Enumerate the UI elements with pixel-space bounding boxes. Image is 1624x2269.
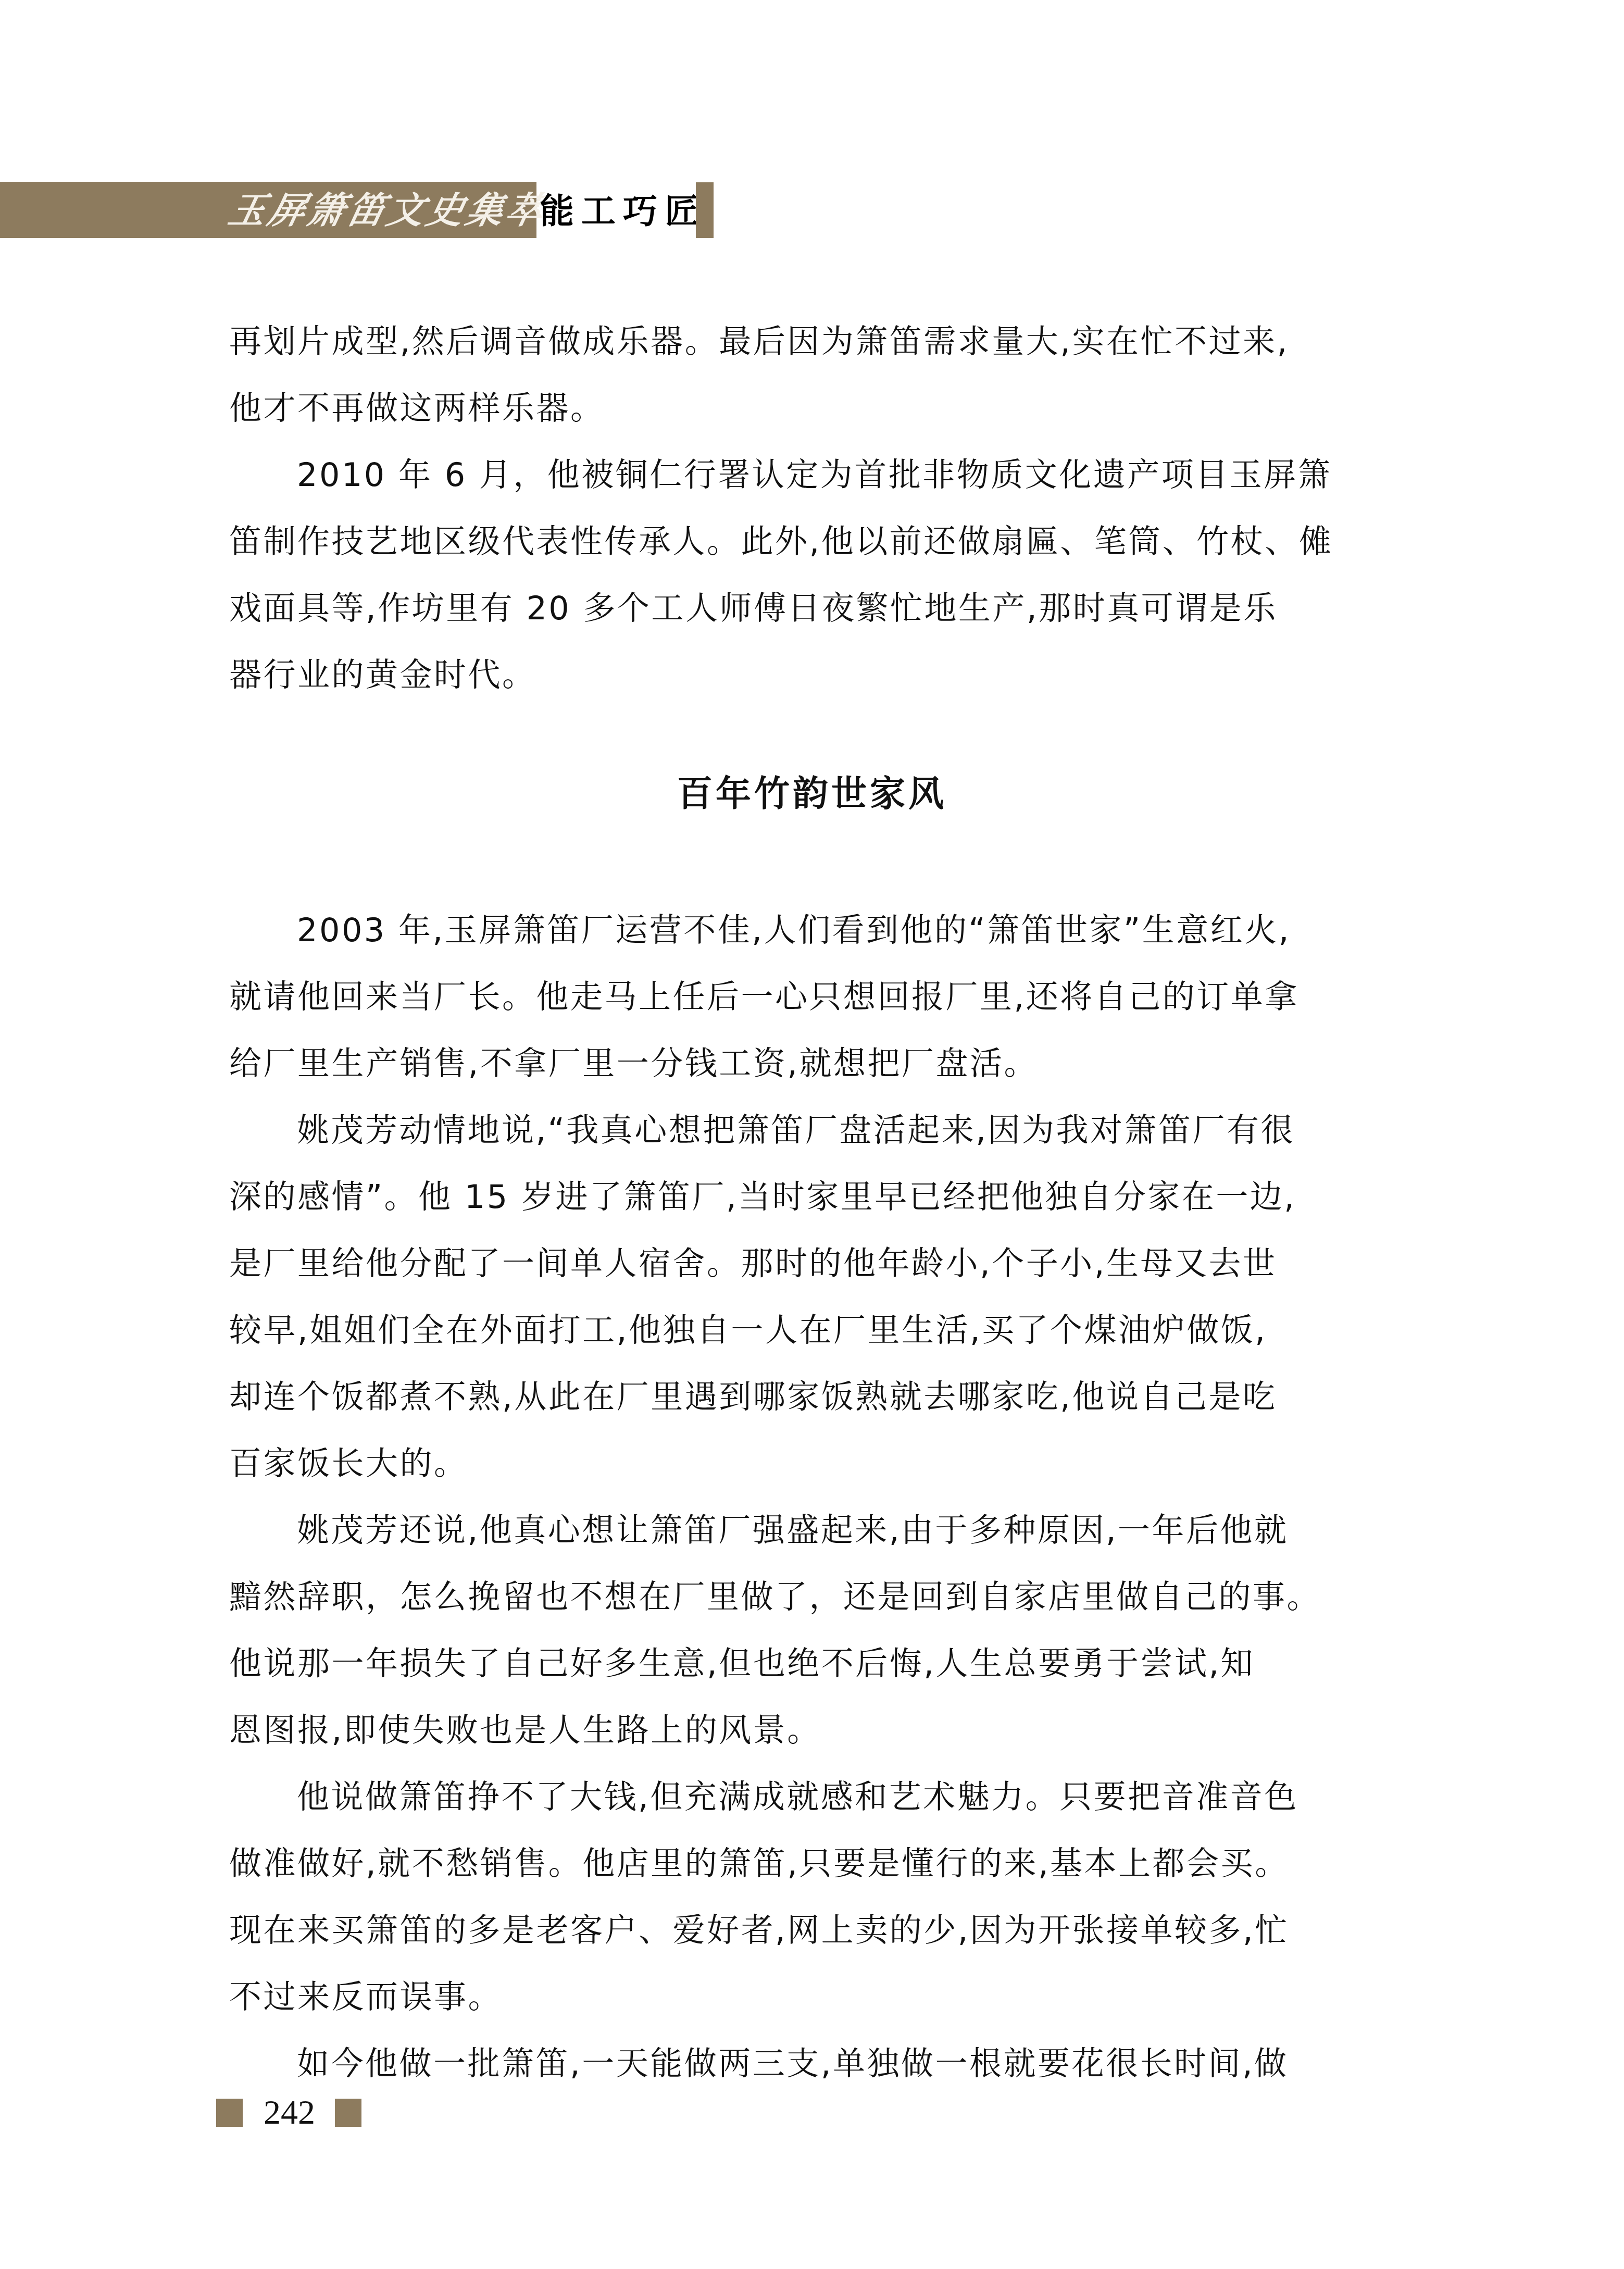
footer-square-right bbox=[335, 2099, 361, 2127]
text-line: 恩图报,即使失败也是人生路上的风景。 bbox=[229, 1697, 1355, 1764]
text-line: 黯然辞职，怎么挽留也不想在厂里做了，还是回到自家店里做自己的事。 bbox=[229, 1564, 1355, 1630]
text-line: 给厂里生产销售,不拿厂里一分钱工资,就想把厂盘活。 bbox=[229, 1030, 1355, 1097]
text-line: 较早,姐姐们全在外面打工,他独自一人在厂里生活,买了个煤油炉做饭, bbox=[229, 1297, 1355, 1364]
text-line: 再划片成型,然后调音做成乐器。最后因为箫笛需求量大,实在忙不过来, bbox=[229, 308, 1355, 375]
text-line: 器行业的黄金时代。 bbox=[229, 642, 1355, 708]
page-footer: 242 bbox=[216, 2098, 361, 2127]
paragraph-block-2: 2003 年,玉屏箫笛厂运营不佳,人们看到他的“箫笛世家”生意红火, 就请他回来… bbox=[229, 897, 1355, 2097]
text-line: 是厂里给他分配了一间单人宿舍。那时的他年龄小,个子小,生母又去世 bbox=[229, 1230, 1355, 1297]
footer-square-left bbox=[216, 2099, 243, 2127]
text-line: 戏面具等,作坊里有 20 多个工人师傅日夜繁忙地生产,那时真可谓是乐 bbox=[229, 575, 1355, 642]
page-number: 242 bbox=[264, 2098, 315, 2127]
paragraph-block-1: 再划片成型,然后调音做成乐器。最后因为箫笛需求量大,实在忙不过来, 他才不再做这… bbox=[229, 308, 1355, 708]
text-line: 他说做箫笛挣不了大钱,但充满成就感和艺术魅力。只要把音准音色 bbox=[229, 1764, 1355, 1830]
text-line: 他才不再做这两样乐器。 bbox=[229, 375, 1355, 442]
section-title: 能工巧匠 bbox=[540, 188, 706, 234]
text-line: 2010 年 6 月，他被铜仁行署认定为首批非物质文化遗产项目玉屏箫 bbox=[229, 442, 1355, 508]
text-line: 他说那一年损失了自己好多生意,但也绝不后悔,人生总要勇于尝试,知 bbox=[229, 1630, 1355, 1697]
text-line: 做准做好,就不愁销售。他店里的箫笛,只要是懂行的来,基本上都会买。 bbox=[229, 1830, 1355, 1897]
text-line: 如今他做一批箫笛,一天能做两三支,单独做一根就要花很长时间,做 bbox=[229, 2030, 1355, 2097]
text-line: 就请他回来当厂长。他走马上任后一心只想回报厂里,还将自己的订单拿 bbox=[229, 964, 1355, 1030]
book-title-calligraphy: 玉屏箫笛文史集萃 bbox=[224, 185, 536, 235]
header-bar bbox=[696, 182, 714, 238]
text-line: 2003 年,玉屏箫笛厂运营不佳,人们看到他的“箫笛世家”生意红火, bbox=[229, 897, 1355, 964]
text-line: 却连个饭都煮不熟,从此在厂里遇到哪家饭熟就去哪家吃,他说自己是吃 bbox=[229, 1364, 1355, 1430]
text-line: 现在来买箫笛的多是老客户、爱好者,网上卖的少,因为开张接单较多,忙 bbox=[229, 1897, 1355, 1964]
text-line: 姚茂芳动情地说,“我真心想把箫笛厂盘活起来,因为我对箫笛厂有很 bbox=[229, 1097, 1355, 1164]
text-line: 深的感情”。他 15 岁进了箫笛厂,当时家里早已经把他独自分家在一边, bbox=[229, 1164, 1355, 1230]
text-line: 姚茂芳还说,他真心想让箫笛厂强盛起来,由于多种原因,一年后他就 bbox=[229, 1497, 1355, 1564]
text-line: 百家饭长大的。 bbox=[229, 1430, 1355, 1497]
text-line: 不过来反而误事。 bbox=[229, 1964, 1355, 2030]
text-line: 笛制作技艺地区级代表性传承人。此外,他以前还做扇匾、笔筒、竹杖、傩 bbox=[229, 508, 1355, 575]
section-heading: 百年竹韵世家风 bbox=[0, 766, 1624, 816]
